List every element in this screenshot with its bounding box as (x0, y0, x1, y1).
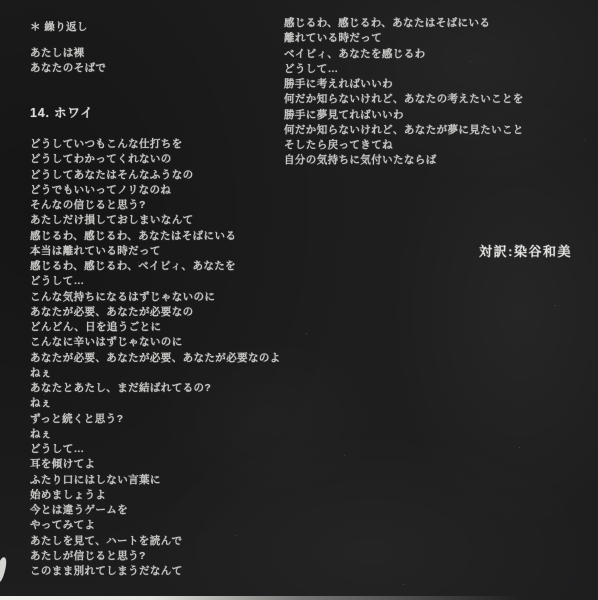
lyric-line: 自分の気持ちに気付いたならば (284, 153, 524, 168)
lyric-line: そんなの信じると思う? (30, 198, 281, 213)
lyric-line: 今とは違うゲームを (30, 503, 281, 518)
lyric-line: 感じるわ、感じるわ、あなたはそばにいる (284, 16, 524, 31)
lyric-line: 離れている時だって (284, 31, 524, 46)
lyric-line: あなたとあたし、まだ結ばれてるの? (30, 381, 281, 396)
lyric-line: ベイビィ、あなたを感じるわ (284, 47, 524, 62)
lyric-line: あたしを見て、ハートを読んで (30, 534, 281, 549)
lyric-line: どうして… (284, 62, 524, 77)
scan-edge-bottom (0, 596, 520, 600)
lyric-line: あなたが必要、あなたが必要、あなたが必要なのよ (30, 351, 281, 366)
lyric-line: あたしは裸 (30, 46, 106, 61)
lyric-line: あなたのそばで (30, 61, 106, 76)
lyric-line: 何だか知らないけれど、あなたが夢に見たいこと (284, 123, 524, 138)
lyric-line: あたしだけ損しておしまいなんて (30, 213, 281, 228)
lyric-line: ねぇ (30, 427, 281, 442)
lyric-line: あたしが信じると思う? (30, 549, 281, 564)
lyric-line: こんな気持ちになるはずじゃないのに (30, 290, 281, 305)
lyric-line: そしたら戻ってきてね (284, 138, 524, 153)
lyric-line: ねぇ (30, 366, 281, 381)
lyric-line: 勝手に夢見てればいいわ (284, 108, 524, 123)
lyrics-column-left: どうしていつもこんな仕打ちをどうしてわかってくれないのどうしてあなたはそんなふう… (30, 137, 281, 579)
lyric-line: やってみてよ (30, 518, 281, 533)
lyric-line: こんなに辛いはずじゃないのに (30, 335, 281, 350)
lyric-line: 感じるわ、感じるわ、ベイビィ、あなたを (30, 259, 281, 274)
lyrics-column-right: 感じるわ、感じるわ、あなたはそばにいる離れている時だってベイビィ、あなたを感じる… (284, 16, 524, 169)
song-title: 14. ホワイ (30, 103, 94, 121)
booklet-page: ＊ 繰り返し あたしは裸あなたのそばで 14. ホワイ どうしていつもこんな仕打… (0, 0, 598, 600)
lyric-line: 耳を傾けてよ (30, 457, 281, 472)
refrain-lines: あたしは裸あなたのそばで (30, 46, 106, 77)
lyric-line: 何だか知らないけれど、あなたの考えたいことを (284, 92, 524, 107)
lyric-line: どうして… (30, 442, 281, 457)
repeat-note: ＊ 繰り返し (30, 20, 88, 35)
scan-edge-left-mark (0, 556, 8, 583)
lyric-line: あなたが必要、あなたが必要なの (30, 305, 281, 320)
lyric-line: ねぇ (30, 396, 281, 411)
lyric-line: どうしてわかってくれないの (30, 152, 281, 167)
lyric-line: どんどん、日を追うごとに (30, 320, 281, 335)
lyric-line: ずっと続くと思う? (30, 412, 281, 427)
lyric-line: ふたり口にはしない言葉に (30, 473, 281, 488)
scan-noise-specks (0, 0, 1, 1)
lyric-line: 始めましょうよ (30, 488, 281, 503)
lyric-line: 勝手に考えればいいわ (284, 77, 524, 92)
lyric-line: どうしてあなたはそんなふうなの (30, 168, 281, 183)
lyric-line: どうして… (30, 274, 281, 289)
lyric-line: どうでもいいってノリなのね (30, 183, 281, 198)
lyric-line: 本当は離れている時だって (30, 244, 281, 259)
lyric-line: どうしていつもこんな仕打ちを (30, 137, 281, 152)
lyric-line: 感じるわ、感じるわ、あなたはそばにいる (30, 229, 281, 244)
lyric-line: このまま別れてしまうだなんて (30, 564, 281, 579)
translator-credit: 対訳:染谷和美 (479, 241, 572, 260)
